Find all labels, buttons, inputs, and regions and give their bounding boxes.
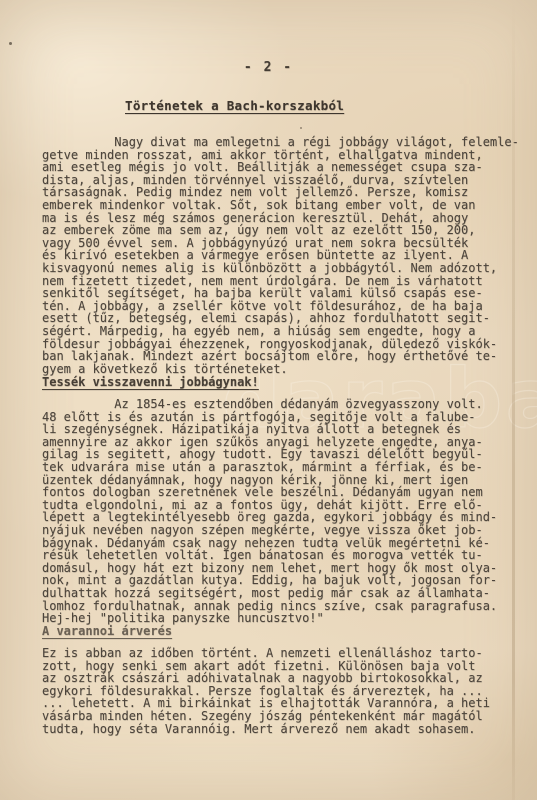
scanned-document-page: - 2 - Történetek a Bach-korszakból Nagy …	[0, 0, 537, 800]
paper-crease	[512, 0, 515, 800]
page-number: - 2 -	[0, 60, 537, 75]
paper-speck	[9, 42, 12, 45]
paragraph-varannoi-arveres: Ez is abban az időben történt. A nemzeti…	[42, 647, 517, 735]
paragraph-intro: Nagy divat ma emlegetni a régi jobbágy v…	[42, 136, 517, 375]
document-title: Történetek a Bach-korszakból	[125, 98, 344, 113]
paragraph-tessek-visszavenni: Az 1854-es esztendőben dédanyám özvegyas…	[42, 398, 517, 625]
paper-speck	[300, 127, 302, 129]
section-heading-tessek-visszavenni: Tessék visszavenni jobbágynak!	[42, 375, 259, 389]
section-heading-varannoi-arveres: A varannoi árverés	[42, 624, 172, 638]
